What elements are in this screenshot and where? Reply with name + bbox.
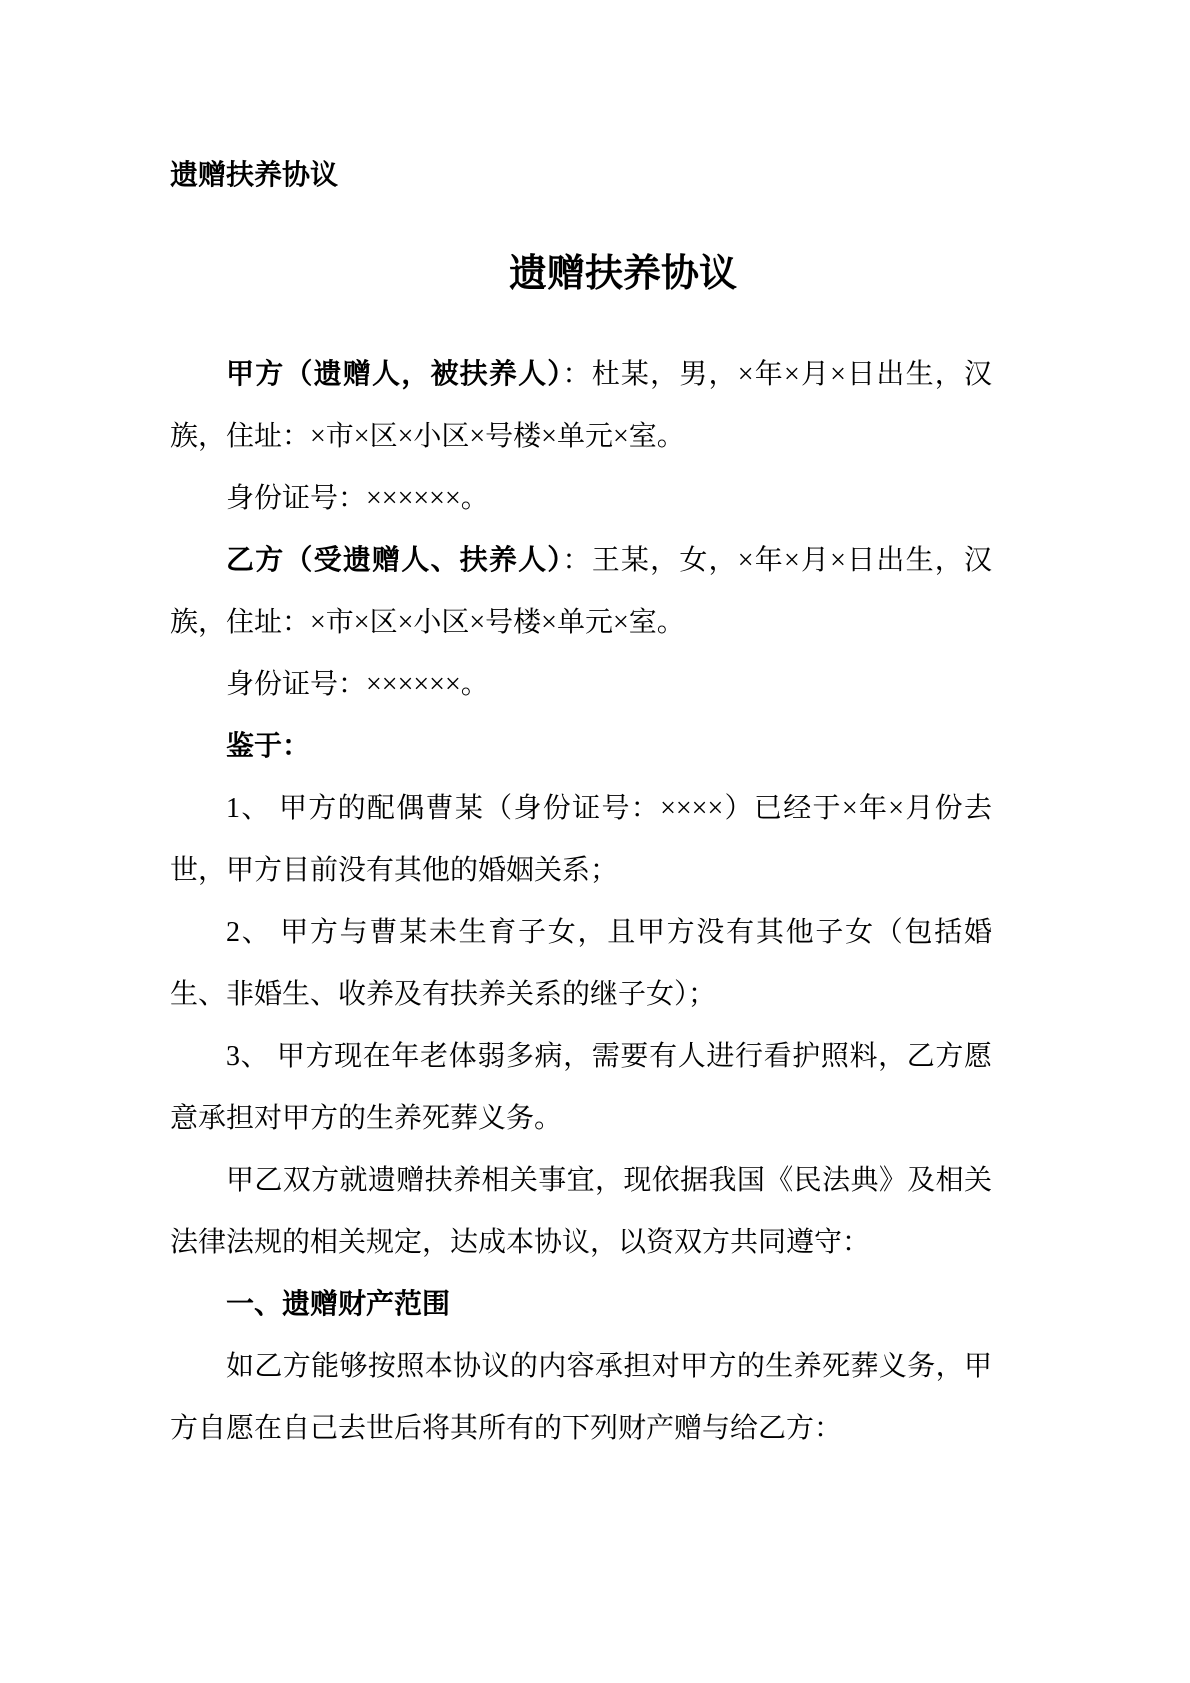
- party-a-intro-paragraph: 甲方（遗赠人，被扶养人）：杜某，男，×年×月×日出生，汉族，住址：×市×区×小区…: [170, 344, 992, 468]
- party-b-id-paragraph: 身份证号：××××××。: [170, 654, 992, 716]
- section-1-heading-text: 一、遗赠财产范围: [226, 1289, 450, 1320]
- party-b-intro-paragraph: 乙方（受遗赠人、扶养人）：王某，女，×年×月×日出生，汉族，住址：×市×区×小区…: [170, 530, 992, 654]
- section-1-body-paragraph: 如乙方能够按照本协议的内容承担对甲方的生养死葬义务，甲方自愿在自己去世后将其所有…: [170, 1336, 992, 1460]
- document-body: 甲方（遗赠人，被扶养人）：杜某，男，×年×月×日出生，汉族，住址：×市×区×小区…: [170, 344, 992, 1460]
- party-b-id-text: 身份证号：××××××。: [226, 669, 489, 700]
- document-header-label: 遗赠扶养协议: [170, 158, 338, 194]
- whereas-heading-paragraph: 鉴于：: [170, 716, 992, 778]
- document-page: 遗赠扶养协议 遗赠扶养协议 甲方（遗赠人，被扶养人）：杜某，男，×年×月×日出生…: [0, 0, 1190, 1683]
- whereas-item-2-paragraph: 2、 甲方与曹某未生育子女，且甲方没有其他子女（包括婚生、非婚生、收养及有扶养关…: [170, 902, 992, 1026]
- whereas-heading-text: 鉴于：: [226, 731, 310, 762]
- section-1-body-text: 如乙方能够按照本协议的内容承担对甲方的生养死葬义务，甲方自愿在自己去世后将其所有…: [170, 1351, 992, 1444]
- whereas-item-1-text: 1、 甲方的配偶曹某（身份证号：××××）已经于×年×月份去世，甲方目前没有其他…: [170, 793, 992, 886]
- document-title: 遗赠扶养协议: [170, 248, 1020, 300]
- preamble-paragraph: 甲乙双方就遗赠扶养相关事宜，现依据我国《民法典》及相关法律法规的相关规定，达成本…: [170, 1150, 992, 1274]
- whereas-item-2-text: 2、 甲方与曹某未生育子女，且甲方没有其他子女（包括婚生、非婚生、收养及有扶养关…: [170, 917, 992, 1010]
- section-1-heading-paragraph: 一、遗赠财产范围: [170, 1274, 992, 1336]
- party-a-id-paragraph: 身份证号：××××××。: [170, 468, 992, 530]
- whereas-item-1-paragraph: 1、 甲方的配偶曹某（身份证号：××××）已经于×年×月份去世，甲方目前没有其他…: [170, 778, 992, 902]
- party-a-label: 甲方（遗赠人，被扶养人）: [226, 359, 563, 390]
- party-a-id-text: 身份证号：××××××。: [226, 483, 489, 514]
- party-b-label: 乙方（受遗赠人、扶养人）: [226, 545, 563, 576]
- whereas-item-3-paragraph: 3、 甲方现在年老体弱多病，需要有人进行看护照料，乙方愿意承担对甲方的生养死葬义…: [170, 1026, 992, 1150]
- whereas-item-3-text: 3、 甲方现在年老体弱多病，需要有人进行看护照料，乙方愿意承担对甲方的生养死葬义…: [170, 1041, 992, 1134]
- preamble-text: 甲乙双方就遗赠扶养相关事宜，现依据我国《民法典》及相关法律法规的相关规定，达成本…: [170, 1165, 992, 1258]
